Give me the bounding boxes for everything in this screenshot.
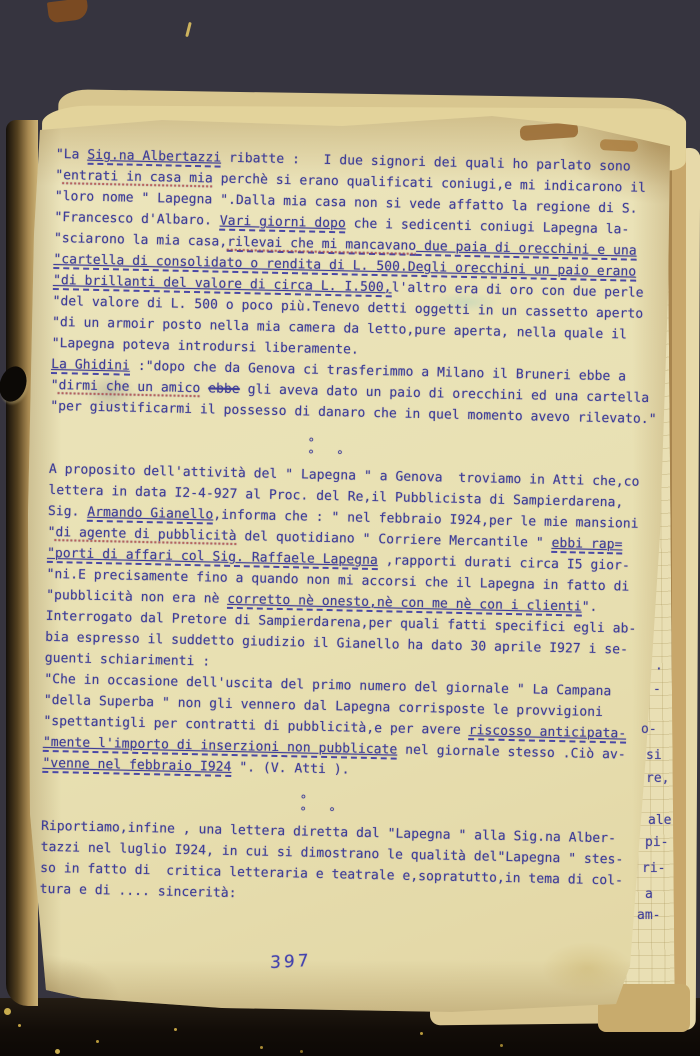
adjacent-page-text-fragment: pi- (645, 835, 668, 850)
adjacent-page-text-fragment: a (645, 887, 653, 902)
adjacent-page-text-fragment: ale (648, 813, 671, 828)
stain (542, 942, 632, 994)
tape-remnant (520, 122, 579, 141)
typewritten-text: "La Sig.na Albertazzi ribatte : I due si… (40, 144, 662, 913)
adjacent-page-text-fragment: ri- (642, 861, 665, 876)
tape-remnant (600, 139, 639, 152)
paper-speck (18, 1024, 21, 1027)
adjacent-page-text-fragment: · (655, 662, 663, 677)
paper-scrap (47, 0, 89, 23)
adjacent-page-text-fragment: re, (646, 771, 669, 786)
adjacent-page-text-fragment: o- (641, 722, 657, 737)
adjacent-page-text-fragment: am- (637, 908, 660, 923)
adjacent-page-text-fragment: - (653, 682, 661, 697)
adjacent-page-text-fragment: si (646, 748, 662, 763)
paper-fleck (185, 22, 192, 37)
document-page: "La Sig.na Albertazzi ribatte : I due si… (22, 114, 678, 1014)
page-number: 397 (270, 951, 312, 973)
